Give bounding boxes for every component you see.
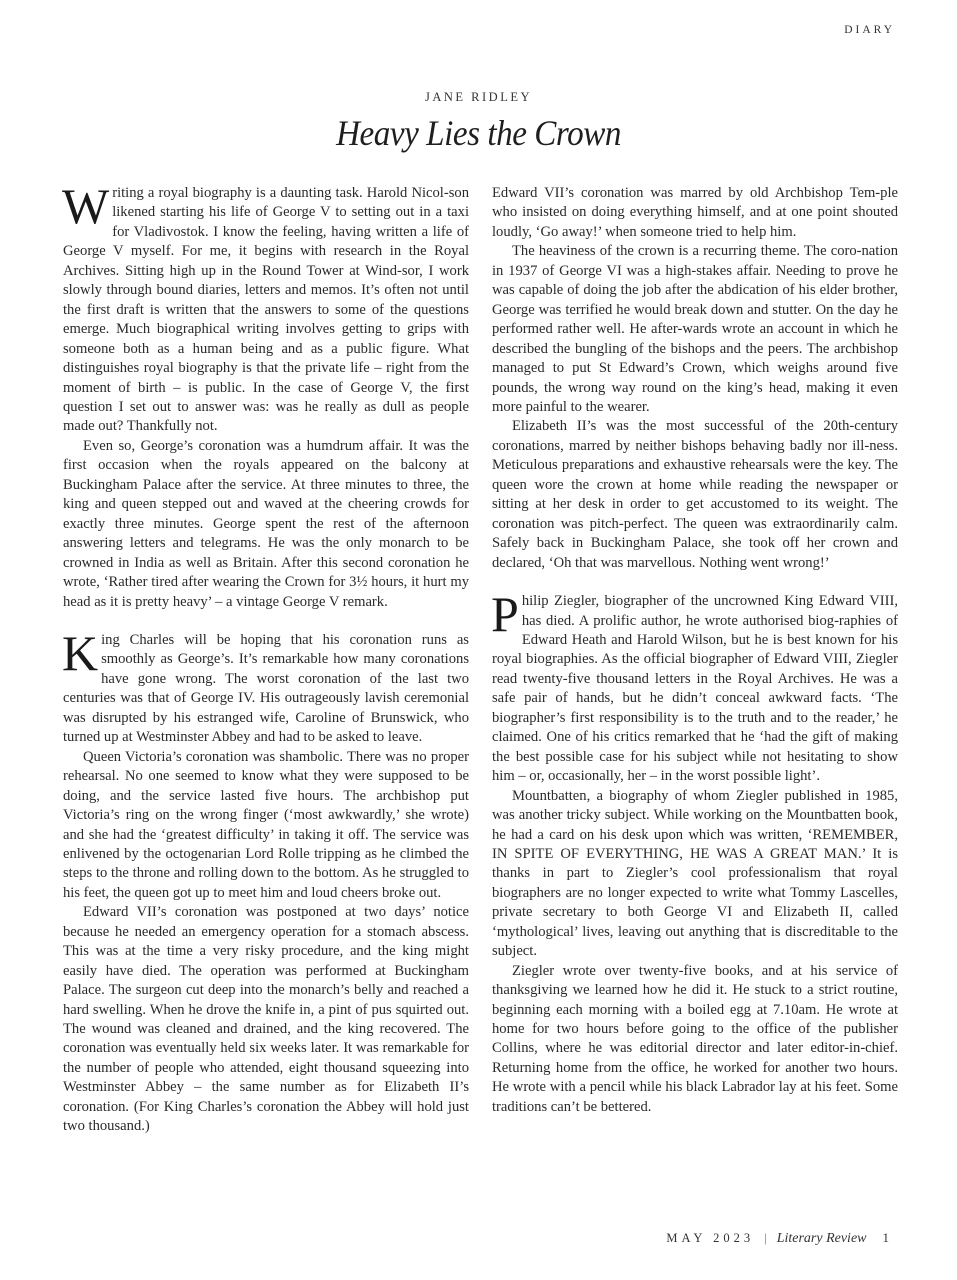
drop-cap: W xyxy=(62,187,109,225)
section-label: DIARY xyxy=(844,24,895,36)
publication-name: Literary Review xyxy=(777,1231,867,1247)
paragraph: Mountbatten, a biography of whom Ziegler… xyxy=(492,787,898,962)
article-title: Heavy Lies the Crown xyxy=(38,112,918,154)
page-footer: MAY 2023 | Literary Review 1 xyxy=(666,1230,889,1247)
drop-cap: P xyxy=(491,595,519,633)
issue-date: MAY 2023 xyxy=(666,1231,754,1246)
paragraph: Edward VII’s coronation was marred by ol… xyxy=(492,184,898,242)
paragraph: The heaviness of the crown is a recurrin… xyxy=(492,242,898,417)
footer-separator: | xyxy=(764,1230,767,1246)
drop-cap: K xyxy=(62,634,98,672)
paragraph: Even so, George’s coronation was a humdr… xyxy=(63,437,469,612)
paragraph: Writing a royal biography is a daunting … xyxy=(63,184,469,437)
paragraph: Queen Victoria’s coronation was shamboli… xyxy=(63,748,469,904)
left-column: Writing a royal biography is a daunting … xyxy=(63,184,469,1137)
paragraph: Edward VII’s coronation was postponed at… xyxy=(63,903,469,1136)
paragraph: King Charles will be hoping that his cor… xyxy=(63,631,469,748)
paragraph: Philip Ziegler, biographer of the uncrow… xyxy=(492,592,898,787)
paragraph: Elizabeth II’s was the most successful o… xyxy=(492,417,898,573)
right-column: Edward VII’s coronation was marred by ol… xyxy=(492,184,898,1117)
paragraph: Ziegler wrote over twenty-five books, an… xyxy=(492,962,898,1118)
page-number: 1 xyxy=(883,1230,890,1246)
author-byline: JANE RIDLEY xyxy=(0,90,957,105)
